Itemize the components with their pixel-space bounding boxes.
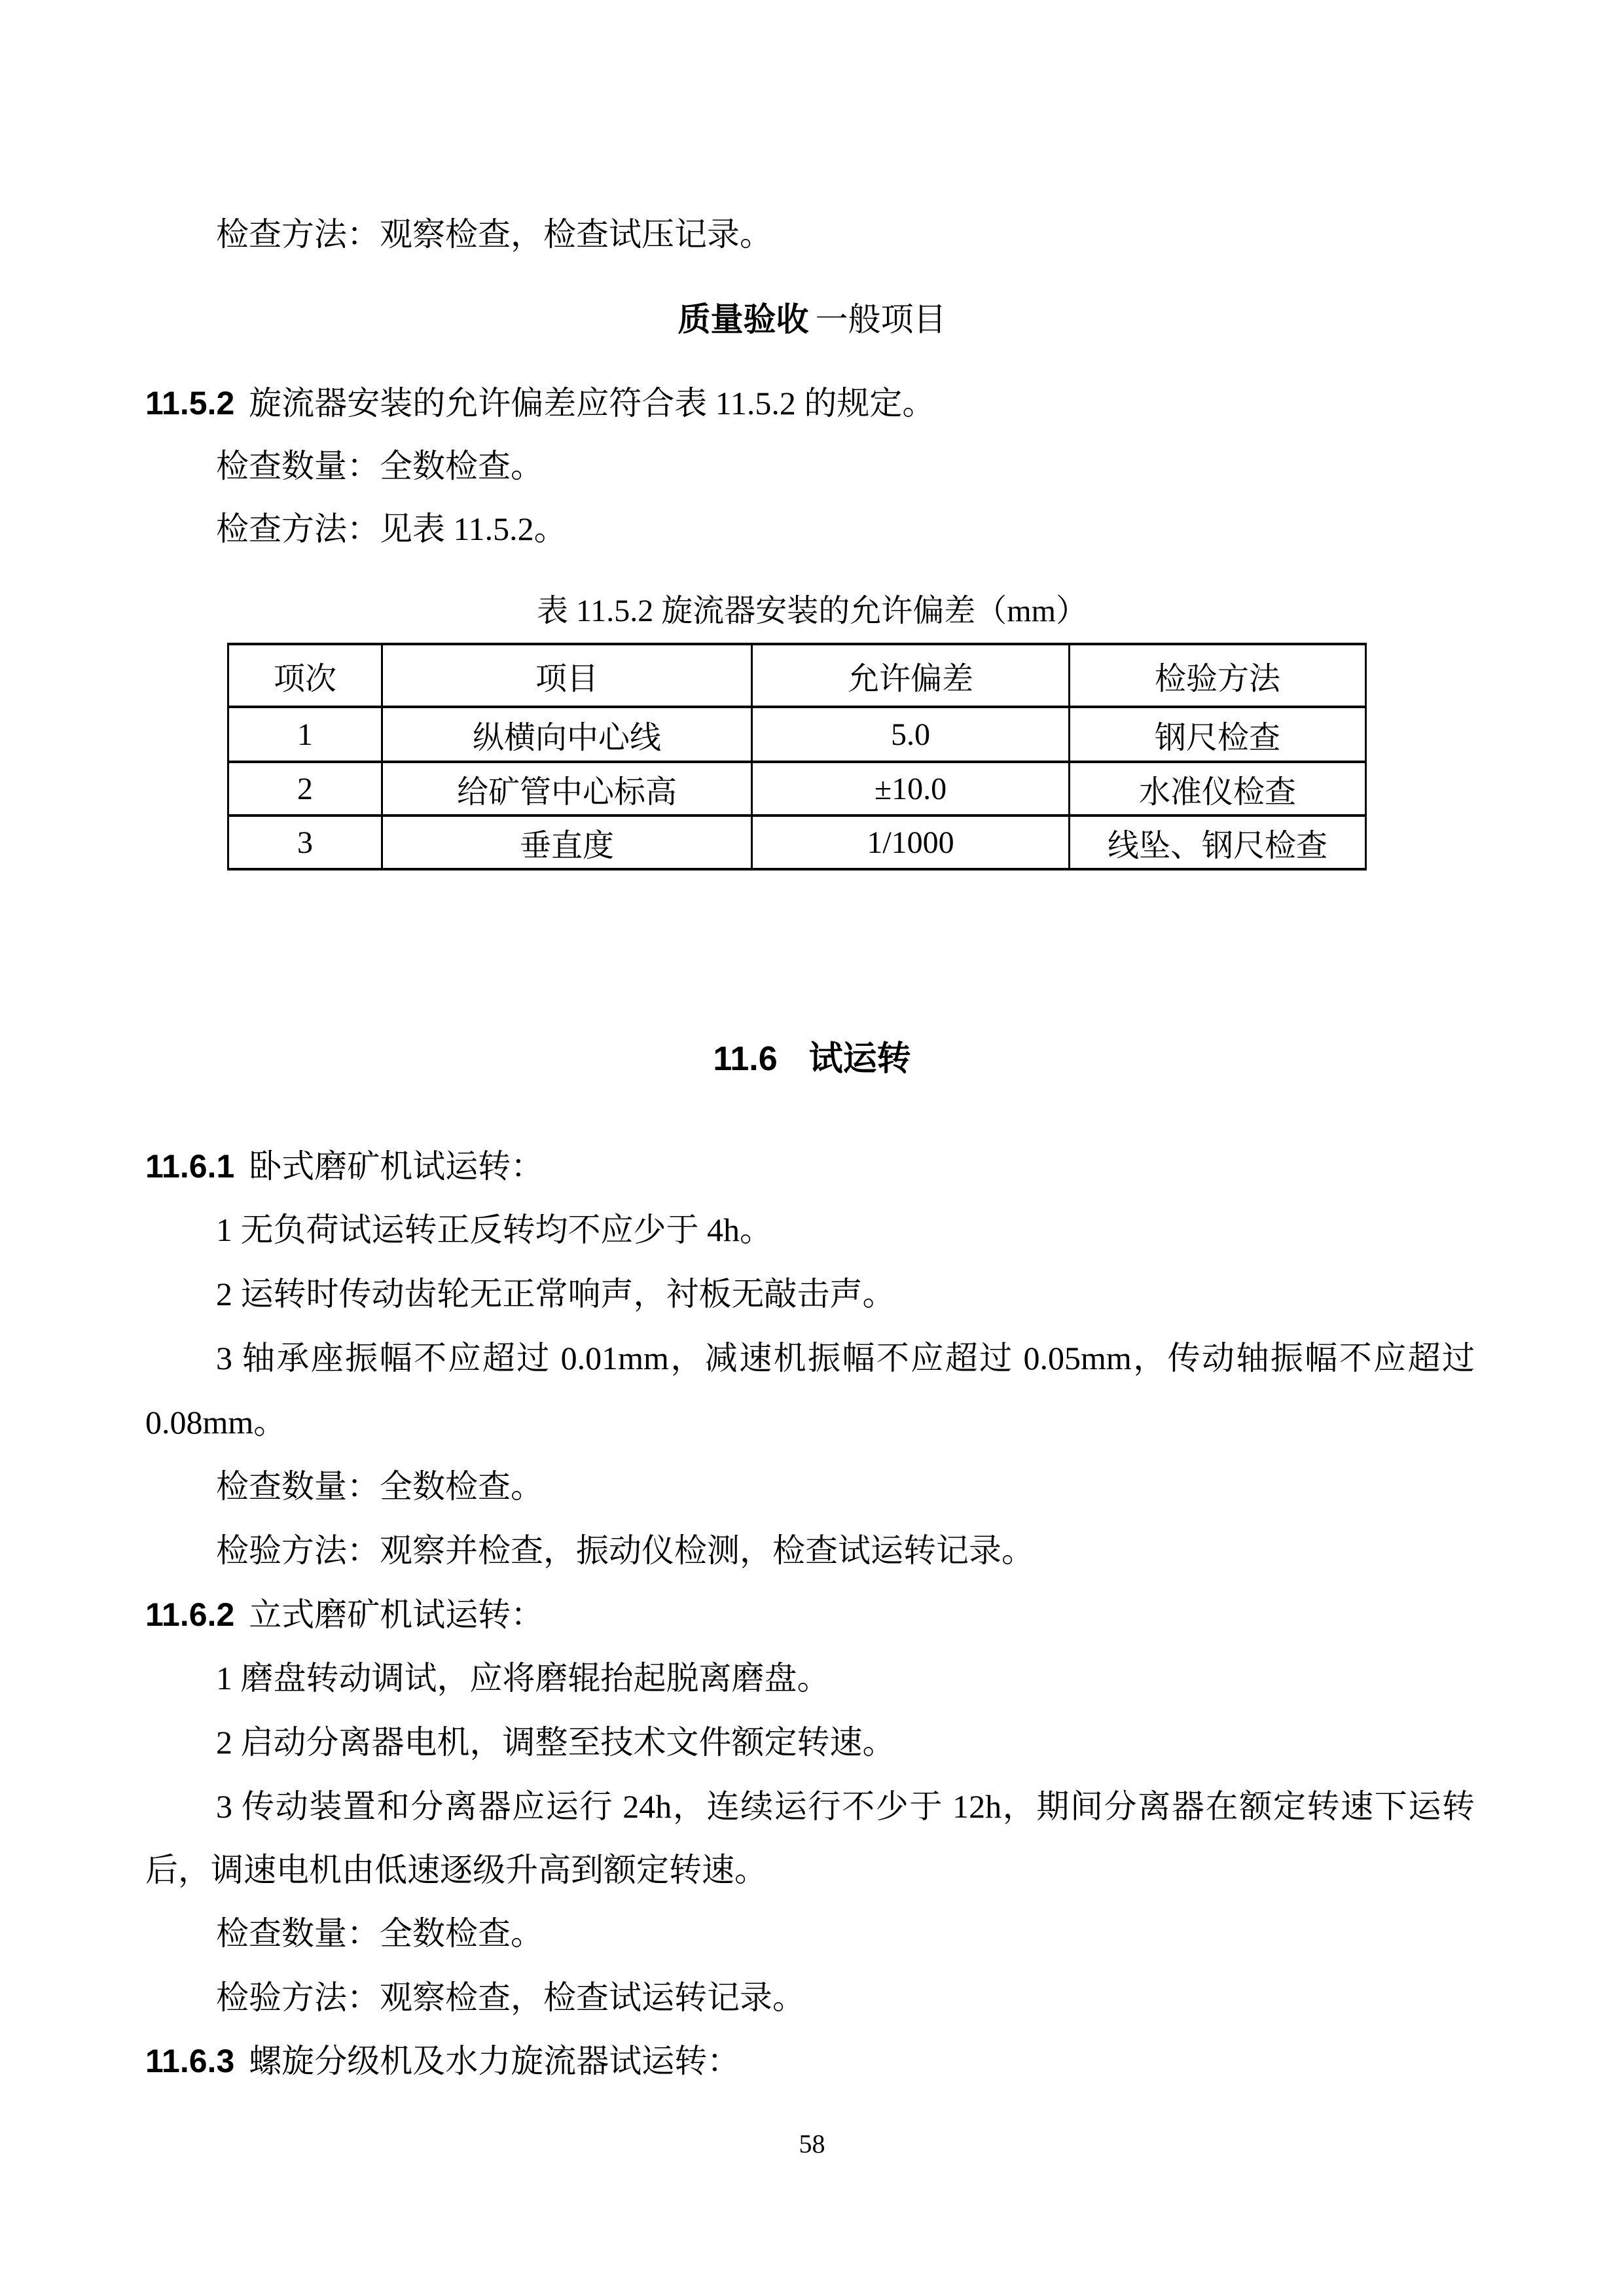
table-header-tolerance: 允许偏差 <box>752 644 1070 707</box>
section-11-6-3: 11.6.3螺旋分级机及水力旋流器试运转： <box>145 2040 740 2082</box>
cell-tolerance: 1/1000 <box>752 816 1070 869</box>
list-item: 1 磨盘转动调试，应将磨辊抬起脱离磨盘。 <box>216 1657 830 1699</box>
table-header-row: 项次 项目 允许偏差 检验方法 <box>228 644 1366 707</box>
section-11-6-2-check-method: 检验方法：观察检查，检查试运转记录。 <box>216 1977 805 2018</box>
section-11-6-1-title: 卧式磨矿机试运转： <box>249 1148 543 1185</box>
section-11-6-3-title: 螺旋分级机及水力旋流器试运转： <box>249 2043 740 2079</box>
section-11-6-1-check-quantity: 检查数量：全数检查。 <box>216 1465 543 1507</box>
section-11-6-2: 11.6.2立式磨矿机试运转： <box>145 1594 543 1636</box>
section-11-6-title: 试运转 <box>809 1041 911 1078</box>
table-11-5-2: 项次 项目 允许偏差 检验方法 1 纵横向中心线 5.0 钢尺检查 2 给矿管中… <box>227 643 1367 870</box>
section-11-6-1: 11.6.1卧式磨矿机试运转： <box>145 1145 543 1187</box>
section-11-5-2-check-method: 检查方法：见表 11.5.2。 <box>216 508 567 550</box>
cell-item: 给矿管中心标高 <box>382 762 752 816</box>
table-row: 3 垂直度 1/1000 线坠、钢尺检查 <box>228 816 1366 869</box>
list-item-continuation: 后，调速电机由低速逐级升高到额定转速。 <box>145 1849 767 1891</box>
section-11-6-2-number: 11.6.2 <box>145 1596 234 1633</box>
cell-item-no: 2 <box>228 762 382 816</box>
subheading-general-items: 质量验收一般项目 <box>0 298 1624 340</box>
section-11-6-2-title: 立式磨矿机试运转： <box>249 1596 543 1633</box>
section-11-6-2-check-quantity: 检查数量：全数检查。 <box>216 1912 543 1954</box>
section-11-5-2-title: 旋流器安装的允许偏差应符合表 11.5.2 的规定。 <box>249 385 935 422</box>
list-item: 2 启动分离器电机，调整至技术文件额定转速。 <box>216 1721 895 1763</box>
cell-item: 纵横向中心线 <box>382 707 752 762</box>
cell-tolerance: ±10.0 <box>752 762 1070 816</box>
section-11-5-2-number: 11.5.2 <box>145 385 234 422</box>
cell-tolerance: 5.0 <box>752 707 1070 762</box>
cell-method: 水准仪检查 <box>1070 762 1366 816</box>
table-header-inspection-method: 检验方法 <box>1070 644 1366 707</box>
cell-method: 钢尺检查 <box>1070 707 1366 762</box>
document-page: 检查方法：观察检查，检查试压记录。 质量验收一般项目 11.5.2旋流器安装的允… <box>0 0 1624 2296</box>
list-item: 1 无负荷试运转正反转均不应少于 4h。 <box>216 1209 772 1251</box>
check-method-line: 检查方法：观察检查，检查试压记录。 <box>216 213 772 255</box>
table-11-5-2-caption: 表 11.5.2 旋流器安装的允许偏差（mm） <box>0 590 1624 632</box>
list-item-continuation: 0.08mm。 <box>145 1401 286 1443</box>
cell-item: 垂直度 <box>382 816 752 869</box>
table-row: 1 纵横向中心线 5.0 钢尺检查 <box>228 707 1366 762</box>
table-header-item-no: 项次 <box>228 644 382 707</box>
subheading-bold-part: 质量验收 <box>678 301 809 338</box>
table-header-item: 项目 <box>382 644 752 707</box>
section-11-6-3-number: 11.6.3 <box>145 2043 234 2079</box>
section-11-6-number: 11.6 <box>713 1040 777 1078</box>
cell-item-no: 3 <box>228 816 382 869</box>
section-11-5-2-check-quantity: 检查数量：全数检查。 <box>216 445 543 487</box>
cell-item-no: 1 <box>228 707 382 762</box>
list-item: 2 运转时传动齿轮无正常响声，衬板无敲击声。 <box>216 1273 895 1315</box>
cell-method: 线坠、钢尺检查 <box>1070 816 1366 869</box>
list-item: 3 传动装置和分离器应运行 24h，连续运行不少于 12h，期间分离器在额定转速… <box>216 1785 1475 1829</box>
section-11-5-2: 11.5.2旋流器安装的允许偏差应符合表 11.5.2 的规定。 <box>145 382 935 424</box>
section-11-6-1-check-method: 检验方法：观察并检查，振动仪检测，检查试运转记录。 <box>216 1530 1034 1571</box>
section-11-6-1-number: 11.6.1 <box>145 1148 234 1185</box>
page-number: 58 <box>0 2128 1624 2159</box>
list-item: 3 轴承座振幅不应超过 0.01mm，减速机振幅不应超过 0.05mm，传动轴振… <box>216 1337 1475 1380</box>
table-row: 2 给矿管中心标高 ±10.0 水准仪检查 <box>228 762 1366 816</box>
subheading-regular-part: 一般项目 <box>816 301 947 338</box>
section-11-6-heading: 11.6试运转 <box>0 1038 1624 1081</box>
